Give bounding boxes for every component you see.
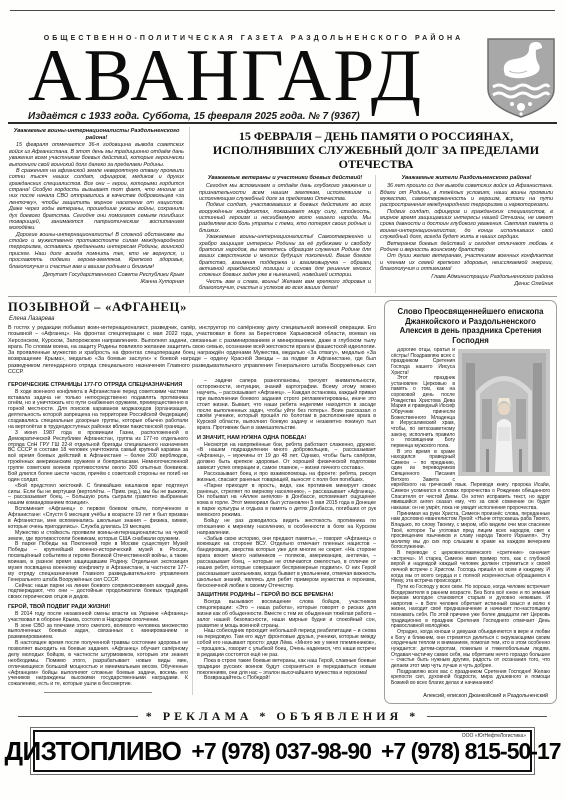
masthead: ОБЩЕСТВЕННО-ПОЛИТИЧЕСКАЯ ГАЗЕТА РАЗДОЛЬН…	[8, 11, 557, 119]
sermon-paragraph: В переводе с церковнославянского «сретен…	[391, 551, 550, 585]
memorial-day-columns: Уважаемые ветераны и участники боевых де…	[195, 175, 557, 293]
greeting-council-paragraph: Подвиг солдат, участвовавших в боевых де…	[199, 202, 371, 234]
article-column-2: – Задачи сапёра разноплановы, требуют вн…	[192, 379, 376, 695]
greeting-admin-paragraph: От души желаю ветеранам, участникам воен…	[380, 253, 553, 272]
article-paragraph: Бойцу не раз доводилось видеть жестокост…	[197, 519, 376, 537]
article-paragraph: Сейчас наши парни на линии боевого сопри…	[8, 584, 188, 602]
fuel-ad-frame: ООО «ЮгНефтеЛогистика» ДИЗТОПЛИВО +7 (97…	[33, 730, 532, 772]
greeting-deputy-paragraph: 15 февраля отмечается 36-я годовщина выв…	[9, 142, 184, 168]
article-paragraph: Рассказывает боец и про взаимопомощь на …	[197, 472, 376, 484]
greeting-admin-paragraph: 36 лет прошло со дня вывода советских во…	[380, 183, 553, 209]
memorial-day-block: 15 ФЕВРАЛЯ – ДЕНЬ ПАМЯТИ О РОССИЯНАХ, ИС…	[190, 127, 557, 293]
article-title: ПОЗЫВНОЙ – «АФГАНЕЦ»	[8, 300, 376, 315]
sermon-body: Дорогие отцы, братья и сёстры! Поздравля…	[391, 348, 550, 700]
masthead-divider	[8, 122, 557, 124]
bishop-sermon-box: Слово Преосвященнейшего епископа Джанкой…	[384, 300, 557, 704]
adverts-banner: * РЕКЛАМА * ОБЪЯВЛЕНИЯ *	[18, 709, 547, 724]
sermon-signature: Алексий, епископ Джанкойский и Раздольне…	[423, 693, 548, 699]
newspaper-front-page: ОБЩЕСТВЕННО-ПОЛИТИЧЕСКАЯ ГАЗЕТА РАЗДОЛЬН…	[0, 0, 565, 800]
article-paragraph: В настоящее время после полученной травм…	[8, 641, 188, 688]
banner-line-left	[18, 716, 138, 717]
article-paragraph: В 2014 году после незаконной смены власт…	[8, 612, 188, 624]
article-paragraph: Всегда вызывают восхищение слова бойцов,…	[197, 600, 376, 629]
article-paragraph: В зоне СВО за плечами этого смелого, вол…	[8, 624, 188, 642]
sermon-paragraph: Пути ко Господу у всех свои. Но хорошо, …	[391, 585, 550, 630]
signature-name: Денис Олейник	[380, 281, 553, 288]
article-paragraph: Вспоминает «Афганец» о первом боевом опы…	[8, 507, 188, 531]
article-paragraph: В парке Победы на Поклонной горе в Москв…	[8, 542, 188, 583]
article-column-1: ГЕРОИЧЕСКИЕ СТРАНИЦЫ 177-ГО ОТРЯДА СПЕЦН…	[8, 379, 192, 695]
greeting-deputy-title: Уважаемые воины-интернационалисты Раздол…	[9, 128, 184, 141]
greeting-admin-head: Уважаемые жители Раздольненского района!…	[376, 175, 557, 293]
article-end-rule	[44, 692, 152, 693]
newspaper-title: АВАНГАРД	[28, 42, 479, 110]
greeting-admin-paragraph: Ветеранов боевых действий и сегодня отли…	[380, 241, 553, 254]
article-paragraph: «Парни приходят в ярость, видя, как прот…	[197, 484, 376, 519]
article-paragraph: Наш собеседник проходит небольшой период…	[197, 629, 376, 658]
greeting-council-paragraph: Сегодня мы вспоминаем и отдаём дань глуб…	[199, 183, 371, 202]
banner-line-right	[427, 716, 547, 717]
greeting-deputy-paragraph: Дорогие воины-интернационалисты! В сложн…	[9, 232, 184, 270]
greetings-section: Уважаемые воины-интернационалисты Раздол…	[8, 127, 557, 293]
fuel-ad-phone-2: +7 (978) 815-50-17	[381, 738, 561, 765]
article-paragraph: 3 июня 1987 года в провинции Газни, расп…	[8, 431, 188, 484]
sermon-paragraph: Принимая на руки Христа, Симеон произнёс…	[391, 512, 550, 551]
signature-name: Жанна Хуторная	[9, 279, 184, 286]
fuel-ad-product: ДИЗТОПЛИВО	[4, 736, 181, 767]
article-paragraph: Возвращайтесь с Победой!	[197, 676, 376, 682]
greeting-admin-signature: Глава Администрации Раздольненского райо…	[380, 274, 553, 288]
sermon-paragraph: Поздравляю всех вас с праздником Сретени…	[391, 670, 550, 687]
greeting-admin-title: Уважаемые жители Раздольненского района!	[380, 175, 553, 182]
article-byline: Елена Лазарева	[9, 316, 376, 322]
sermon-title: Слово Преосвященнейшего епископа Джанкой…	[391, 307, 550, 345]
article-subhead: ГЕРОЙ, ТВОЙ ПОДВИГ РАДИ ЖИЗНИ!	[8, 604, 188, 611]
fuel-ad: ООО «ЮгНефтеЛогистика» ДИЗТОПЛИВО +7 (97…	[30, 727, 535, 775]
sermon-paragraph: Отрадно, когда юноши и девушки объединяю…	[391, 630, 550, 669]
signature-position: Депутат Государственного Совета Республи…	[9, 272, 184, 279]
feature-article: ПОЗЫВНОЙ – «АФГАНЕЦ» Елена Лазарева В го…	[8, 300, 380, 704]
fuel-ad-company: ООО «ЮгНефтеЛогистика»	[462, 733, 526, 739]
article-paragraph: Несмотря на напряжённые бои, ребята рабо…	[197, 443, 376, 472]
greeting-deputy-paragraph: В сражениях на афганской земле невероятн…	[9, 168, 184, 232]
article-paragraph: В ходе военного конфликта в Афганистане …	[8, 390, 188, 431]
greeting-deputy-signature: Депутат Государственного Совета Республи…	[9, 272, 184, 286]
memorial-day-headline: 15 ФЕВРАЛЯ – ДЕНЬ ПАМЯТИ О РОССИЯНАХ, ИС…	[201, 129, 551, 171]
greeting-council-chair: Уважаемые ветераны и участники боевых де…	[195, 175, 376, 293]
section-divider	[8, 296, 557, 297]
fuel-ad-phone-1: +7 (978) 037-98-90	[191, 738, 371, 765]
district-coat-of-arms-icon	[485, 37, 557, 119]
article-columns: ГЕРОИЧЕСКИЕ СТРАНИЦЫ 177-ГО ОТРЯДА СПЕЦН…	[8, 379, 376, 695]
article-lead: В гостях у редакции побывал воин-интерна…	[8, 325, 376, 375]
article-paragraph: Пока в строю такие боевые ветераны, как …	[197, 659, 376, 677]
greeting-admin-paragraph: Подвиг солдат, офицеров и гражданских сп…	[380, 209, 553, 241]
article-subhead: И ЗНАЧИТ, НАМ НУЖНА ОДНА ПОБЕДА!	[197, 435, 376, 442]
masthead-text-block: ОБЩЕСТВЕННО-ПОЛИТИЧЕСКАЯ ГАЗЕТА РАЗДОЛЬН…	[8, 11, 479, 122]
article-paragraph: – Задачи сапёра разноплановы, требуют вн…	[197, 379, 376, 432]
greeting-council-title: Уважаемые ветераны и участники боевых де…	[199, 175, 371, 182]
article-paragraph: «Забыв свою историю, они предают память»…	[197, 537, 376, 590]
main-content-row: ПОЗЫВНОЙ – «АФГАНЕЦ» Елена Лазарева В го…	[8, 300, 557, 704]
greeting-council-paragraph: Честь вам и слава, воины! Желаем вам кре…	[199, 279, 371, 292]
greeting-deputy: Уважаемые воины-интернационалисты Раздол…	[8, 127, 190, 293]
article-subhead: ГЕРОИЧЕСКИЕ СТРАНИЦЫ 177-ГО ОТРЯДА СПЕЦН…	[8, 382, 188, 389]
adverts-banner-text: * РЕКЛАМА * ОБЪЯВЛЕНИЯ *	[146, 709, 419, 724]
article-paragraph: «Бой предстоял жестокий. С ближайших киш…	[8, 484, 188, 508]
greeting-council-paragraph: Уважаемые воины-интернационалисты! Самоо…	[199, 234, 371, 279]
bishop-at-altar-photo	[458, 349, 550, 476]
